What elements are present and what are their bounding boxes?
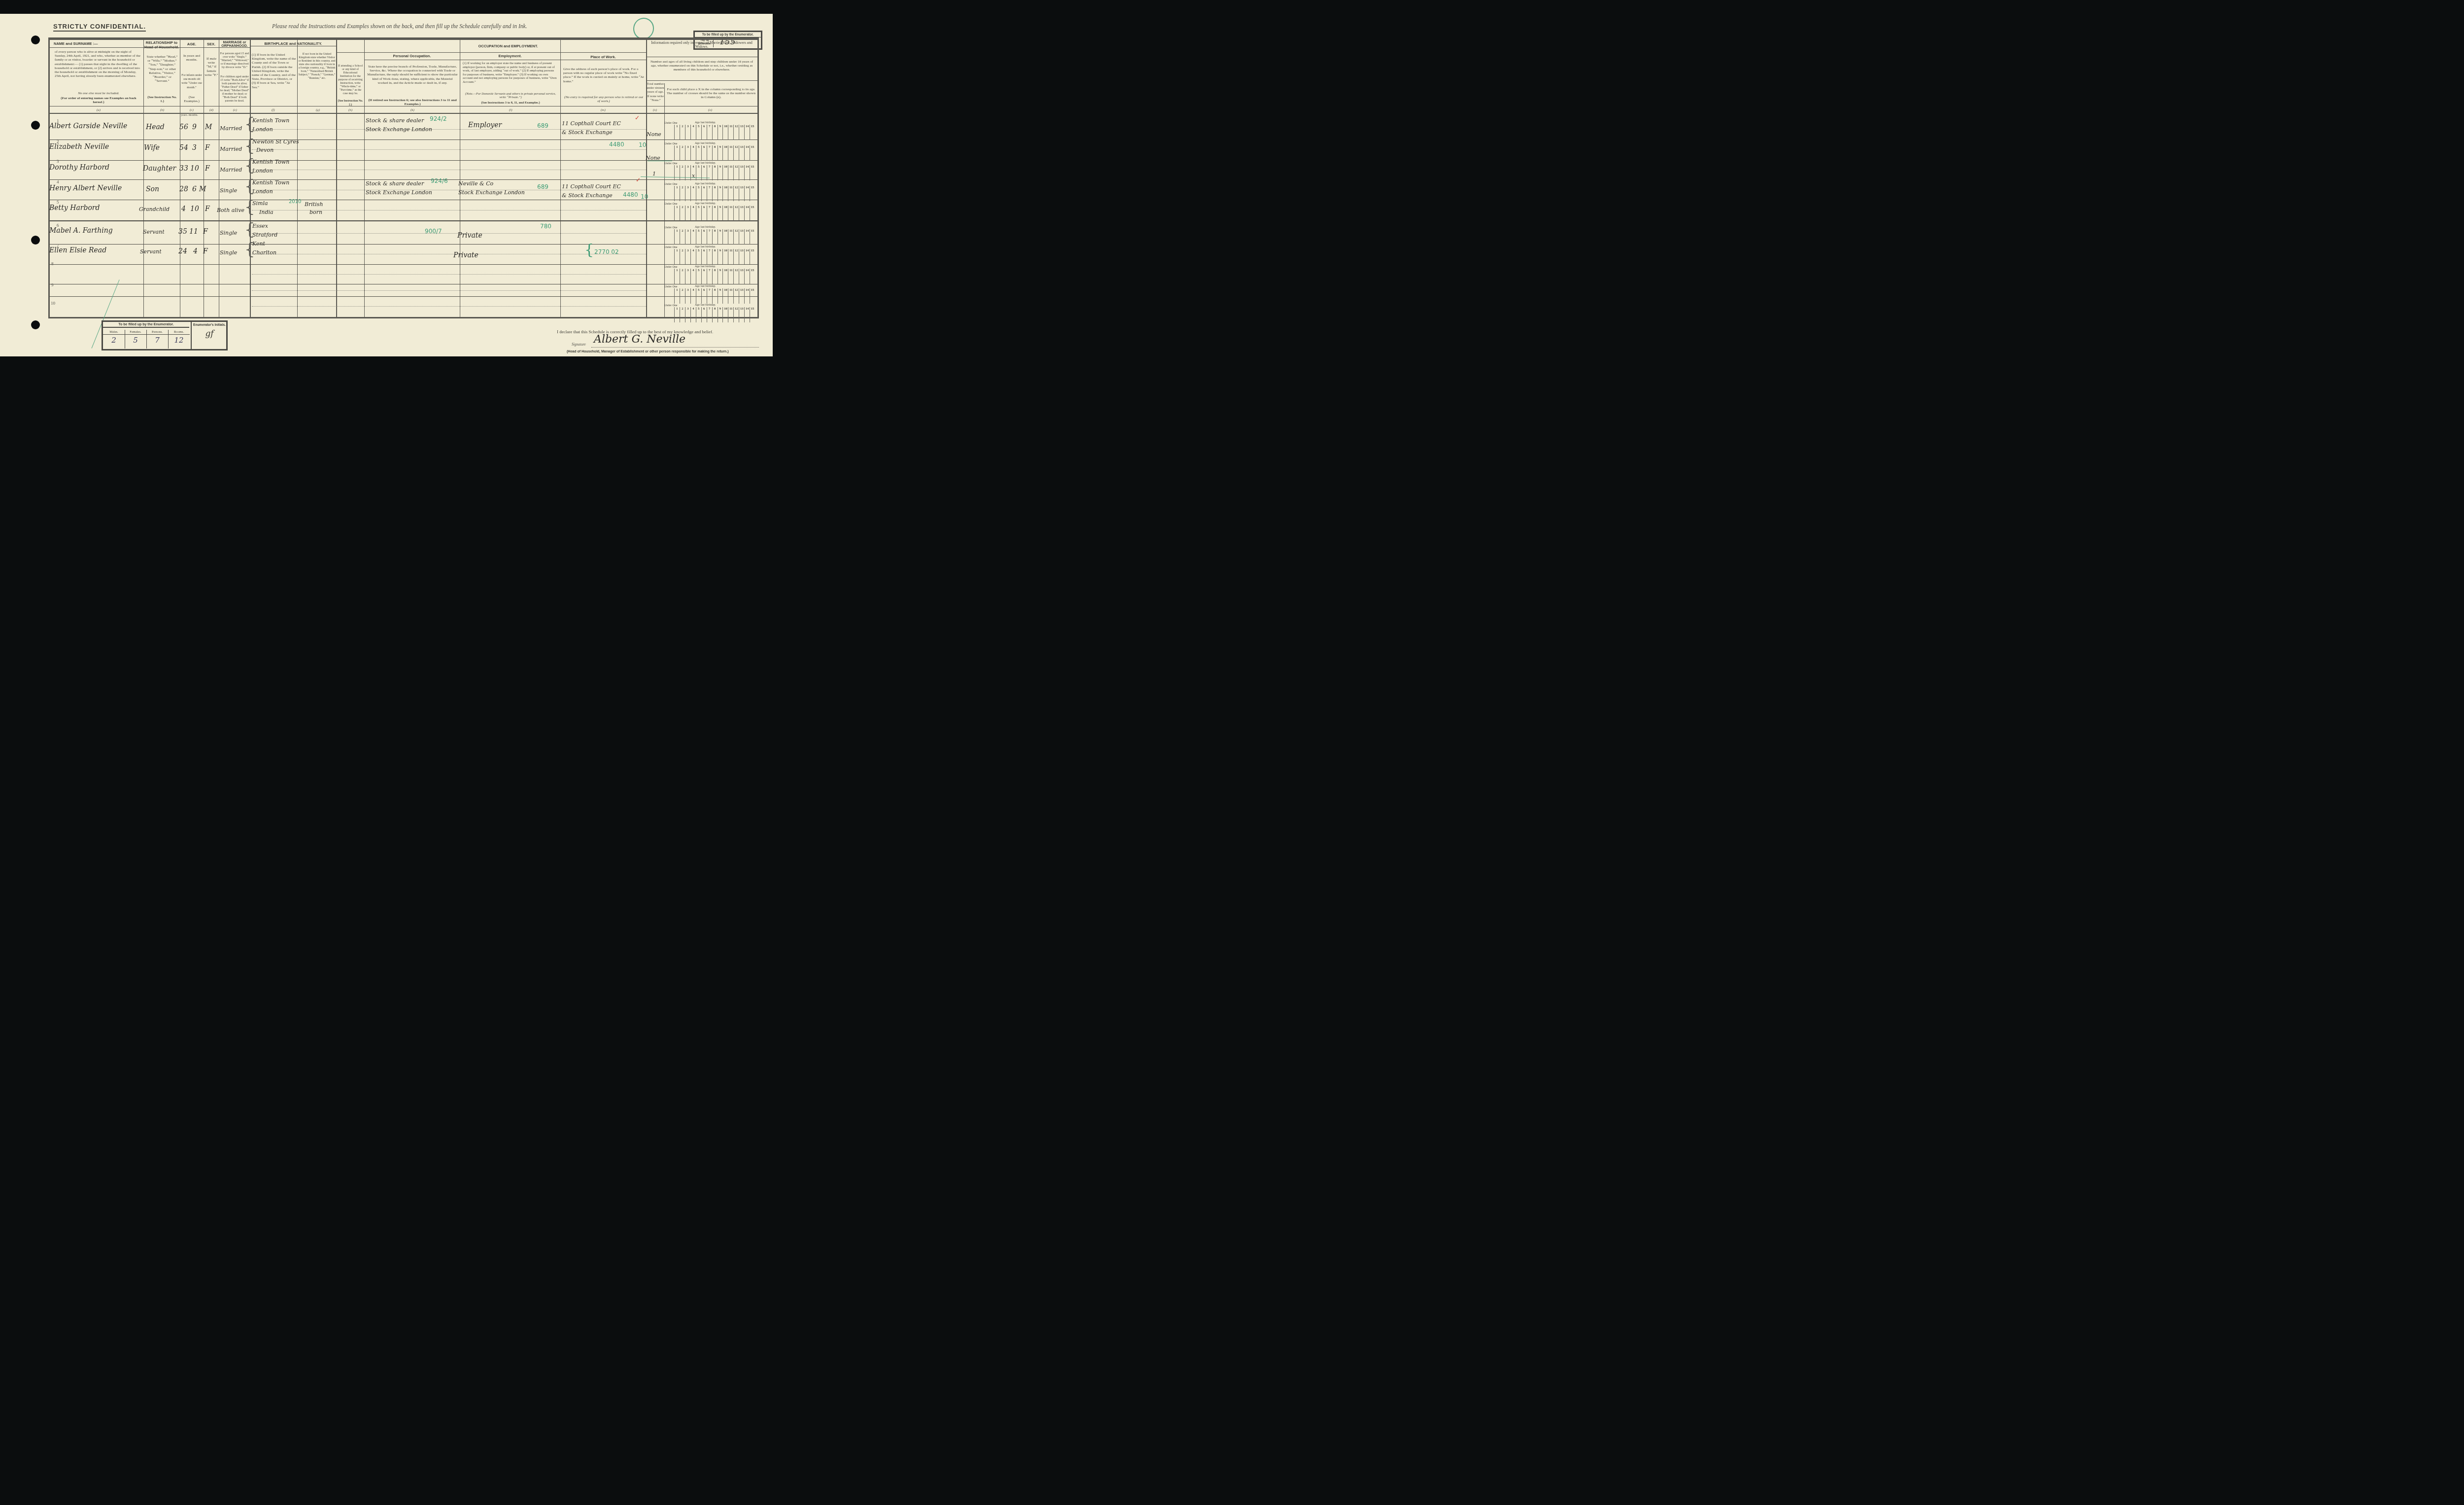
age-col: 8 (712, 288, 718, 304)
age-col: 13 (739, 269, 744, 284)
col-a-title: NAME and SURNAME :— (54, 41, 142, 46)
age-col: 7 (707, 249, 712, 264)
age-columns: 123456789101112131415 (674, 125, 755, 140)
col-letter: (c) (190, 108, 194, 112)
females-label: Females. (125, 330, 146, 335)
age-last-birthday-label: Age last birthday. (695, 162, 716, 165)
age-col: 14 (744, 229, 750, 245)
birthplace-town: Stratford (252, 232, 277, 238)
col-l-footer: (See Instructions 3 to 8, 11, and Exampl… (463, 101, 558, 105)
age-col: 7 (707, 186, 712, 201)
age-last-birthday-label: Age last birthday. (695, 226, 716, 229)
sex: F (203, 247, 208, 255)
age-col: 12 (733, 206, 739, 221)
col-c-instructions: In years and months. (181, 54, 203, 62)
relationship: Grandchild (139, 206, 170, 212)
age-col: 9 (718, 165, 723, 180)
age-col: 6 (701, 125, 707, 140)
age-col: 11 (728, 186, 733, 201)
age-col: 4 (690, 206, 696, 221)
age-col: 12 (733, 229, 739, 245)
children-total: None (647, 131, 661, 138)
age-years: 54 (179, 144, 188, 152)
row-number: 3 (57, 159, 59, 164)
row-rule (50, 264, 757, 265)
occupation: Stock & share dealer (366, 180, 424, 187)
enumerator-summary-box: To be filled up by the Enumerator. Males… (102, 320, 228, 350)
marital-status: Married (220, 167, 242, 173)
age-col: 2 (680, 145, 685, 161)
age-col: 15 (750, 165, 755, 180)
person-name: Betty Harbord (49, 204, 100, 212)
enumerator-initials-cell: Enumerator's Initials. gf (191, 322, 227, 349)
age-col: 1 (674, 269, 680, 284)
employment-code: 780 (540, 223, 551, 230)
age-col: 14 (744, 186, 750, 201)
sex: F (205, 165, 210, 173)
col-e-instructions: For persons aged 15 and over write “Sing… (220, 52, 249, 70)
age-columns: 123456789101112131415 (674, 307, 755, 322)
header-rule (364, 60, 646, 60)
dotted-rule (252, 170, 646, 170)
col-divider (646, 40, 647, 317)
age-col: 15 (750, 269, 755, 284)
row-number: 9 (51, 282, 54, 287)
col-divider (143, 40, 144, 317)
dotted-rule (252, 149, 646, 150)
age-col: 11 (728, 269, 733, 284)
row-rule (50, 179, 757, 180)
col-divider (560, 40, 561, 317)
rooms-count: 12 (168, 336, 190, 345)
age-col: 10 (722, 165, 728, 180)
child-age-grid: Under One Age last birthday. 12345678910… (663, 245, 755, 264)
age-col: 9 (718, 307, 723, 322)
age-col: 6 (701, 229, 707, 245)
age-col: 1 (674, 125, 680, 140)
col-letter: (d) (209, 108, 213, 112)
employment: Employer (468, 121, 502, 129)
employment: Private (457, 232, 482, 240)
age-col: 3 (685, 288, 690, 304)
age-col: 13 (739, 288, 744, 304)
relationship: Servant (143, 229, 165, 235)
sex: F (205, 144, 210, 152)
header-rule (336, 52, 646, 53)
age-last-birthday-label: Age last birthday. (695, 245, 716, 248)
col-letter: (n) (653, 108, 657, 112)
age-col: 9 (718, 229, 723, 245)
person-name: Ellen Elsie Read (49, 246, 106, 254)
age-col: 3 (685, 249, 690, 264)
col-m-instructions: Give the address of each person’s place … (563, 67, 644, 83)
row-rule (50, 200, 757, 200)
age-col: 9 (718, 288, 723, 304)
birthplace-county: Devon (256, 147, 274, 153)
age-col: 11 (728, 206, 733, 221)
binding-hole (31, 35, 40, 44)
age-col: 2 (680, 229, 685, 245)
age-col: 6 (701, 206, 707, 221)
age-col: 2 (680, 269, 685, 284)
age-col: 14 (744, 307, 750, 322)
age-col: 10 (722, 269, 728, 284)
header-rule (646, 57, 757, 57)
row-number: 4 (57, 179, 59, 184)
age-years: 28 (179, 185, 188, 193)
occupation-code: 924/2 (430, 115, 447, 122)
ink-instructions: Please read the Instructions and Example… (272, 24, 527, 30)
age-col: 14 (744, 269, 750, 284)
initials-value: gf (192, 329, 227, 339)
males-label: Males. (103, 330, 125, 335)
col-k-footer: (If retired see Instruction 6; see also … (367, 98, 458, 106)
age-years: 33 (179, 165, 188, 173)
dotted-rule (252, 306, 646, 307)
age-last-birthday-label: Age last birthday. (695, 142, 716, 145)
workplace-code: 4480 (623, 191, 638, 198)
age-columns: 123456789101112131415 (674, 269, 755, 284)
age-years: 35 (178, 228, 187, 236)
age-columns: 123456789101112131415 (674, 229, 755, 245)
age-col: 15 (750, 186, 755, 201)
col-letter: (m) (601, 108, 606, 112)
age-col: 5 (696, 206, 701, 221)
signature-caption: (Head of Household, Manager of Establish… (567, 350, 729, 353)
signature-label: Signature (572, 342, 586, 347)
age-col: 9 (718, 206, 723, 221)
age-col: 13 (739, 229, 744, 245)
workplace-code-2: 10 (639, 141, 646, 148)
age-last-birthday-label: Age last birthday. (695, 121, 716, 124)
household-table: NAME and SURNAME :— of every person who … (48, 37, 759, 318)
age-col: 15 (750, 206, 755, 221)
birthplace-town: Kentish Town (252, 179, 289, 186)
row-rule (50, 244, 757, 245)
age-col: 14 (744, 249, 750, 264)
age-col: 10 (722, 229, 728, 245)
age-col: 6 (701, 145, 707, 161)
age-col: 1 (674, 249, 680, 264)
col-letter: (g) (316, 108, 320, 112)
age-months: 4 (193, 247, 198, 255)
age-years: 4 (181, 205, 186, 213)
age-col: 3 (685, 269, 690, 284)
age-months: 3 (192, 144, 197, 152)
age-columns: 123456789101112131415 (674, 165, 755, 180)
age-col: 5 (696, 125, 701, 140)
children-info-title: Information required only in respect of … (648, 41, 755, 49)
row-rule (50, 296, 757, 297)
age-col: 9 (718, 249, 723, 264)
col-b-instructions: State whether “Head,” or “Wife,” “Mother… (145, 55, 179, 83)
col-m-title: Place of Work. (561, 55, 645, 59)
row-number: 10 (51, 301, 55, 306)
marital-status: Single (220, 187, 237, 194)
nationality-detail: born (309, 209, 322, 215)
age-col: 5 (696, 165, 701, 180)
dotted-rule (252, 290, 646, 291)
workplace-detail: & Stock Exchange (562, 129, 613, 136)
age-col: 3 (685, 206, 690, 221)
age-col: 11 (728, 288, 733, 304)
col-h-instructions: If attending a School or any kind of Edu… (338, 65, 363, 96)
age-col: 11 (728, 307, 733, 322)
age-col: 12 (733, 145, 739, 161)
header-rule (250, 46, 336, 46)
age-col: 8 (712, 145, 718, 161)
col-b-title: RELATIONSHIP to Head of Household. (144, 40, 179, 49)
col-b-footer: (See Instruction No. 1.) (145, 95, 179, 103)
person-name: Albert Garside Neville (49, 122, 127, 130)
col-letter: (k) (411, 108, 414, 112)
age-col: 12 (733, 125, 739, 140)
age-col: 13 (739, 145, 744, 161)
occupation-detail: Stock Exchange London (366, 189, 432, 196)
age-subheader: years. months. (181, 114, 198, 117)
age-columns: 123456789101112131415 (674, 186, 755, 201)
age-col: 1 (674, 229, 680, 245)
age-col: 6 (701, 165, 707, 180)
age-columns: 123456789101112131415 (674, 288, 755, 304)
age-col: 3 (685, 307, 690, 322)
col-l-instructions: (1) If working for an employer state the… (463, 62, 558, 84)
age-col: 4 (690, 186, 696, 201)
person-name: Mabel A. Farthing (49, 227, 113, 235)
age-col: 5 (696, 145, 701, 161)
birthplace-county: Essex (252, 223, 268, 229)
age-col: 6 (701, 249, 707, 264)
row-rule (50, 284, 757, 284)
age-last-birthday-label: Age last birthday. (695, 265, 716, 268)
header-rule (50, 113, 757, 114)
age-col: 4 (690, 165, 696, 180)
col-l-title: Employment. (461, 54, 559, 58)
col-a-instructions: of every person who is alive at midnight… (55, 50, 142, 78)
age-col: 2 (680, 288, 685, 304)
birthplace-town: Simla (252, 200, 268, 207)
sex: M (205, 123, 212, 131)
age-col: 13 (739, 206, 744, 221)
relationship: Wife (144, 144, 160, 152)
employment-code: 689 (537, 122, 548, 129)
age-months: 10 (190, 205, 199, 213)
row-number: 8 (51, 261, 54, 266)
age-col: 7 (707, 206, 712, 221)
enumerator-box-title: To be filled up by the Enumerator. (103, 323, 189, 328)
relationship: Head (146, 123, 165, 131)
age-col: 9 (718, 125, 723, 140)
col-divider (336, 40, 337, 317)
col-a-note: No one else must be included. (55, 91, 142, 95)
age-col: 11 (728, 145, 733, 161)
age-col: 14 (744, 125, 750, 140)
col-c-footer: (See Examples.) (181, 95, 203, 103)
age-col: 15 (750, 125, 755, 140)
row-rule (50, 140, 757, 140)
col-e-title: MARRIAGE or ORPHANHOOD. (219, 41, 250, 48)
age-col: 1 (674, 145, 680, 161)
age-col: 5 (696, 288, 701, 304)
dotted-rule (252, 233, 646, 234)
age-col: 11 (728, 125, 733, 140)
age-col: 15 (750, 229, 755, 245)
age-col: 10 (722, 249, 728, 264)
age-months: 11 (189, 228, 198, 236)
col-o-instructions: For each child place a X in the column c… (667, 87, 755, 100)
col-divider (219, 40, 219, 317)
workplace-code: 4480 (609, 141, 624, 148)
age-col: 8 (712, 165, 718, 180)
age-col: 2 (680, 249, 685, 264)
col-f-instructions: (1) If born in the United Kingdom, write… (252, 53, 296, 89)
birthplace-county: London (252, 126, 273, 133)
age-col: 14 (744, 145, 750, 161)
age-col: 10 (722, 307, 728, 322)
age-col: 9 (718, 269, 723, 284)
age-col: 12 (733, 288, 739, 304)
age-col: 2 (680, 206, 685, 221)
binding-hole (31, 121, 40, 130)
age-col: 12 (733, 165, 739, 180)
age-col: 4 (690, 288, 696, 304)
age-col: 4 (690, 229, 696, 245)
occupation-title: OCCUPATION and EMPLOYMENT. (444, 44, 572, 48)
child-age-grid: Under One Age last birthday. 12345678910… (663, 284, 755, 304)
age-col: 8 (712, 307, 718, 322)
age-col: 1 (674, 186, 680, 201)
age-col: 10 (722, 186, 728, 201)
age-columns: 123456789101112131415 (674, 249, 755, 264)
sex: M (199, 185, 206, 193)
age-col: 8 (712, 206, 718, 221)
col-letter: (f) (272, 108, 275, 112)
age-col: 5 (696, 249, 701, 264)
binding-hole (31, 236, 40, 245)
age-col: 1 (674, 288, 680, 304)
age-col: 1 (674, 165, 680, 180)
age-col: 12 (733, 269, 739, 284)
child-age-grid: Under One Age last birthday. 12345678910… (663, 181, 755, 201)
age-col: 2 (680, 125, 685, 140)
age-col: 12 (733, 186, 739, 201)
age-col: 3 (685, 186, 690, 201)
nationality: British (305, 201, 323, 208)
age-col: 6 (701, 307, 707, 322)
birthplace-county: Kent (252, 241, 265, 247)
confidential-heading: STRICTLY CONFIDENTIAL. (53, 23, 146, 32)
col-divider (460, 40, 460, 317)
col-divider (364, 40, 365, 317)
child-age-grid: Under One Age last birthday. 12345678910… (663, 120, 755, 140)
col-divider (297, 40, 298, 317)
col-m-note: (No entry is required for any person who… (563, 95, 644, 103)
col-c-note: For infants under one month old write “U… (181, 73, 203, 90)
age-col: 2 (680, 186, 685, 201)
col-a-footer: (For order of entering names see Example… (55, 96, 142, 104)
age-col: 10 (722, 125, 728, 140)
age-col: 3 (685, 125, 690, 140)
employment-code: 689 (537, 183, 548, 190)
child-age-grid: Under One Age last birthday. 12345678910… (663, 141, 755, 161)
person-name: Elizabeth Neville (49, 143, 109, 151)
workplace-code: 2770 02 (594, 248, 619, 255)
col-c-title: AGE. (180, 42, 203, 46)
age-col: 13 (739, 307, 744, 322)
signature-line (591, 347, 759, 348)
col-letter: (l) (509, 108, 513, 112)
age-col: 9 (718, 186, 723, 201)
col-n-instructions: Total number under sixteen years of age.… (647, 82, 664, 103)
binding-hole (31, 320, 40, 329)
birthplace-town: Kentish Town (252, 117, 289, 124)
col-divider (180, 40, 180, 317)
age-col: 7 (707, 165, 712, 180)
workplace-detail: & Stock Exchange (562, 192, 613, 199)
age-col: 10 (722, 288, 728, 304)
age-col: 4 (690, 145, 696, 161)
child-age-grid: Under One Age last birthday. 12345678910… (663, 225, 755, 245)
col-letter: (h) (348, 108, 352, 112)
persons-cell: Persons. 7 (146, 330, 169, 349)
row-rule (50, 220, 757, 221)
persons-count: 7 (146, 336, 168, 345)
occupation-code: 924/6 (431, 177, 448, 184)
children-info-body: Number and ages of all living children a… (648, 60, 755, 72)
age-col: 8 (712, 269, 718, 284)
age-col: 4 (690, 307, 696, 322)
age-last-birthday-label: Age last birthday. (695, 182, 716, 185)
marital-status: Single (220, 230, 237, 236)
rooms-cell: Rooms. 12 (168, 330, 190, 349)
age-col: 2 (680, 307, 685, 322)
occupation-code: 900/7 (425, 228, 442, 235)
children-total: 1 (652, 171, 656, 177)
age-col: 11 (728, 249, 733, 264)
marital-status: Married (220, 146, 242, 152)
age-col: 15 (750, 307, 755, 322)
age-col: 10 (722, 206, 728, 221)
age-col: 4 (690, 249, 696, 264)
age-col: 3 (685, 145, 690, 161)
person-name: Henry Albert Neville (49, 184, 122, 192)
birthplace-town: Newton St Cyres (252, 139, 299, 145)
age-col: 6 (701, 269, 707, 284)
birthplace-title: BIRTHPLACE and NATIONALITY. (250, 41, 336, 46)
age-col: 7 (707, 269, 712, 284)
age-col: 7 (707, 288, 712, 304)
age-col: 13 (739, 186, 744, 201)
age-col: 8 (712, 229, 718, 245)
birthplace-town: Kentish Town (252, 159, 289, 165)
age-years: 24 (178, 247, 187, 255)
age-last-birthday-label: Age last birthday. (695, 304, 716, 307)
age-col: 13 (739, 165, 744, 180)
child-age-grid: Under One Age last birthday. 12345678910… (663, 303, 755, 315)
relationship: Daughter (143, 165, 176, 173)
workplace: 11 Copthall Court EC (562, 120, 621, 127)
child-age-grid: Under One Age last birthday. 12345678910… (663, 264, 755, 284)
persons-label: Persons. (146, 330, 168, 335)
age-col: 7 (707, 145, 712, 161)
age-col: 8 (712, 186, 718, 201)
age-months: 9 (192, 123, 197, 131)
col-letter: (o) (708, 108, 712, 112)
occupation: Stock & share dealer (366, 117, 424, 124)
dotted-rule (252, 274, 646, 275)
age-col: 7 (707, 229, 712, 245)
rooms-label: Rooms. (168, 330, 190, 335)
